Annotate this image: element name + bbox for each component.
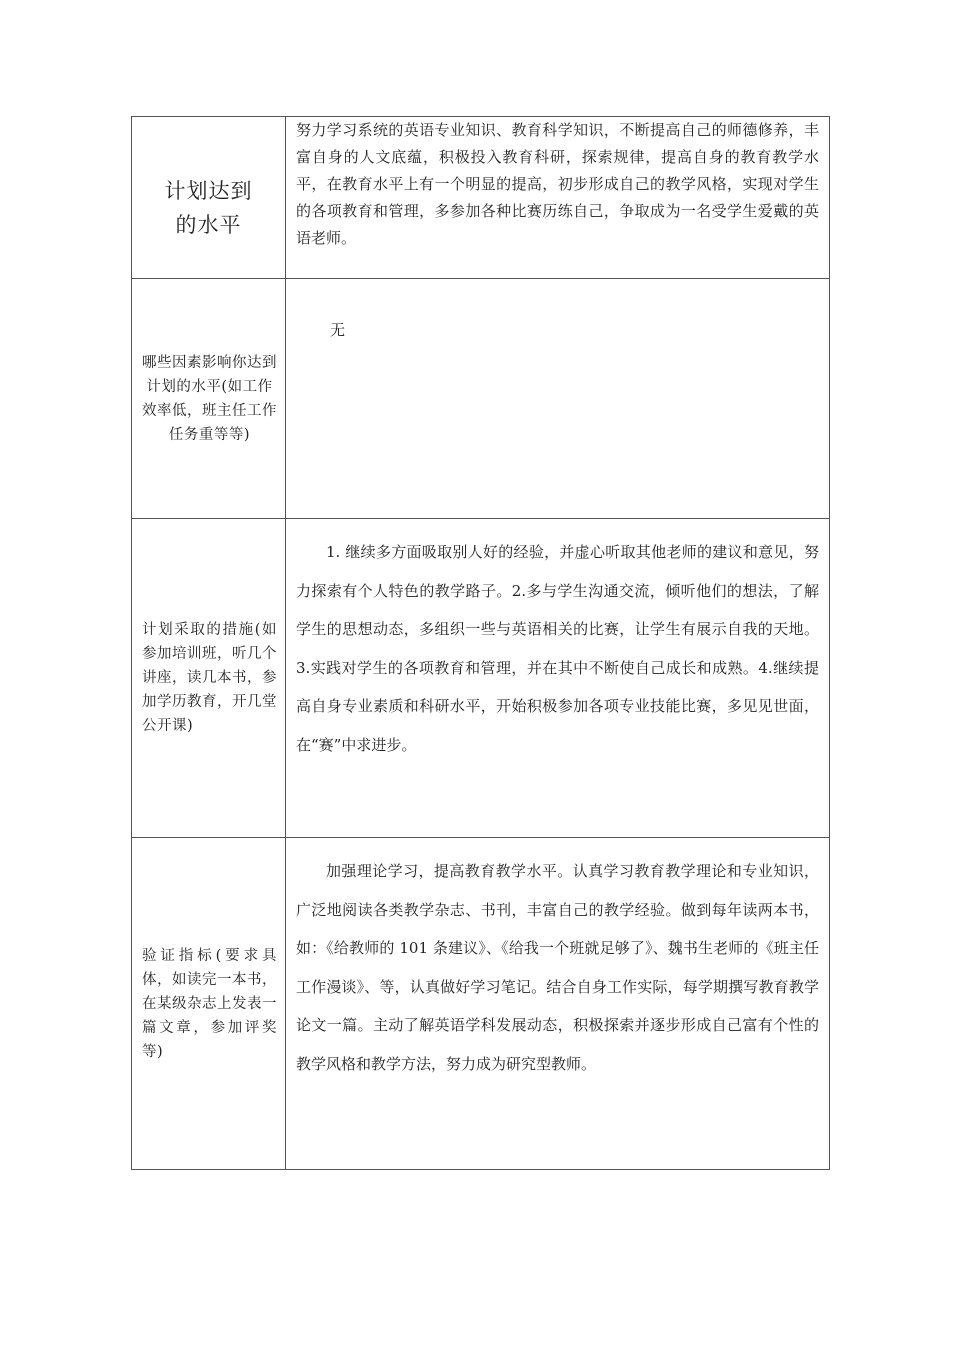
row-label-planned-measures: 计划采取的措施(如参加培训班，听几个讲座，读几本书，参加学历教育，开几堂公开课) <box>132 519 286 838</box>
row-label-target-level: 计划达到 的水平 <box>132 117 286 279</box>
table-row-target-level: 计划达到 的水平 努力学习系统的英语专业知识、教育科学知识，不断提高自己的师德修… <box>132 117 830 279</box>
row-content-planned-measures: 1. 继续多方面吸取别人好的经验，并虚心听取其他老师的建议和意见，努力探索有个人… <box>286 519 830 838</box>
plan-table: 计划达到 的水平 努力学习系统的英语专业知识、教育科学知识，不断提高自己的师德修… <box>131 116 830 1170</box>
content-text: 努力学习系统的英语专业知识、教育科学知识，不断提高自己的师德修养，丰富自身的人文… <box>286 117 829 252</box>
table-row-influencing-factors: 哪些因素影响你达到计划的水平(如工作效率低，班主任工作任务重等等) 无 <box>132 279 830 519</box>
label-line: 的水平 <box>132 208 285 242</box>
label-text: 验证指标(要求具体，如读完一本书，在某级杂志上发表一篇文章，参加评奖等) <box>132 944 285 1064</box>
label-text: 哪些因素影响你达到计划的水平(如工作效率低，班主任工作任务重等等) <box>132 351 285 447</box>
row-content-target-level: 努力学习系统的英语专业知识、教育科学知识，不断提高自己的师德修养，丰富自身的人文… <box>286 117 830 279</box>
row-label-influencing-factors: 哪些因素影响你达到计划的水平(如工作效率低，班主任工作任务重等等) <box>132 279 286 519</box>
row-content-verification-indicators: 加强理论学习，提高教育教学水平。认真学习教育教学理论和专业知识，广泛地阅读各类教… <box>286 838 830 1170</box>
content-text: 加强理论学习，提高教育教学水平。认真学习教育教学理论和专业知识，广泛地阅读各类教… <box>286 838 829 1083</box>
content-text: 无 <box>286 279 829 340</box>
label-text: 计划采取的措施(如参加培训班，听几个讲座，读几本书，参加学历教育，开几堂公开课) <box>132 618 285 738</box>
row-content-influencing-factors: 无 <box>286 279 830 519</box>
table-row-planned-measures: 计划采取的措施(如参加培训班，听几个讲座，读几本书，参加学历教育，开几堂公开课)… <box>132 519 830 838</box>
document-page: 计划达到 的水平 努力学习系统的英语专业知识、教育科学知识，不断提高自己的师德修… <box>0 0 960 1357</box>
row-label-verification-indicators: 验证指标(要求具体，如读完一本书，在某级杂志上发表一篇文章，参加评奖等) <box>132 838 286 1170</box>
content-text: 1. 继续多方面吸取别人好的经验，并虚心听取其他老师的建议和意见，努力探索有个人… <box>286 519 829 764</box>
label-line: 计划达到 <box>132 174 285 208</box>
table-row-verification-indicators: 验证指标(要求具体，如读完一本书，在某级杂志上发表一篇文章，参加评奖等) 加强理… <box>132 838 830 1170</box>
